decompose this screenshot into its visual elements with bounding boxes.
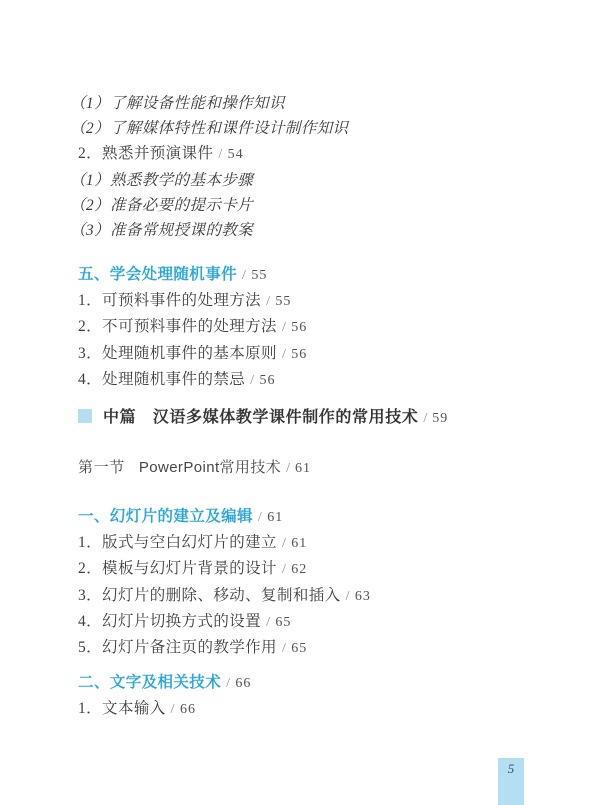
toc-item-label: 4．处理随机事件的禁忌: [78, 371, 245, 388]
toc-item-label: 3．处理随机事件的基本原则: [78, 345, 277, 362]
toc-item-page: 56: [291, 320, 307, 335]
toc-item-label: 1．可预料事件的处理方法: [78, 292, 261, 309]
toc-item: 3．幻灯片的删除、移动、复制和插入/63: [78, 583, 371, 609]
page-separator: /: [226, 676, 230, 691]
toc-heading: 一、幻灯片的建立及编辑/61: [78, 504, 371, 530]
part-heading: 中篇 汉语多媒体教学课件制作的常用技术/59: [78, 405, 448, 432]
toc-item-page: 63: [355, 589, 371, 604]
toc-heading-label: 二、文字及相关技术: [78, 674, 221, 691]
toc-subitem: （2）了解媒体特性和课件设计制作知识: [70, 116, 348, 141]
toc-item-page: 62: [291, 562, 307, 577]
toc-item-label: 3．幻灯片的删除、移动、复制和插入: [78, 587, 341, 604]
toc-section-prelude: （1）了解设备性能和操作知识 （2）了解媒体特性和课件设计制作知识 2．熟悉并预…: [78, 91, 348, 243]
toc-item: 4．幻灯片切换方式的设置/65: [78, 609, 371, 635]
toc-heading-label: 五、学会处理随机事件: [78, 266, 237, 283]
toc-subitem: （3）准备常规授课的教案: [70, 218, 348, 243]
toc-subitem-label: （1）熟悉教学的基本步骤: [70, 172, 253, 189]
toc-item-page: 54: [228, 147, 244, 162]
toc-section-1: 一、幻灯片的建立及编辑/61 1．版式与空白幻灯片的建立/61 2．模板与幻灯片…: [78, 504, 371, 661]
page-separator: /: [282, 347, 286, 362]
toc-item-page: 56: [291, 347, 307, 362]
toc-item: 3．处理随机事件的基本原则/56: [78, 341, 307, 367]
toc-item: 1．版式与空白幻灯片的建立/61: [78, 530, 371, 556]
toc-subitem: （2）准备必要的提示卡片: [70, 193, 348, 218]
toc-item: 2．模板与幻灯片背景的设计/62: [78, 556, 371, 582]
toc-item: 2．熟悉并预演课件/54: [78, 141, 348, 167]
page-separator: /: [266, 294, 270, 309]
toc-section-2: 二、文字及相关技术/66 1．文本输入/66: [78, 670, 251, 722]
square-bullet-icon: [78, 409, 92, 423]
toc-heading-label: 一、幻灯片的建立及编辑: [78, 508, 253, 525]
toc-subitem-label: （2）准备必要的提示卡片: [70, 197, 253, 214]
page-separator: /: [218, 147, 222, 162]
toc-heading-page: 66: [235, 676, 251, 691]
toc-item: 2．不可预料事件的处理方法/56: [78, 314, 307, 340]
page-separator: /: [282, 562, 286, 577]
toc-item-page: 65: [275, 615, 291, 630]
toc-subitem-label: （3）准备常规授课的教案: [70, 222, 253, 239]
page-separator: /: [171, 702, 175, 717]
page-separator: /: [286, 461, 290, 476]
toc-item-label: 5．幻灯片备注页的教学作用: [78, 639, 277, 656]
toc-item-label: 2．熟悉并预演课件: [78, 145, 213, 162]
toc-subitem: （1）熟悉教学的基本步骤: [70, 168, 348, 193]
toc-section-5: 五、学会处理随机事件/55 1．可预料事件的处理方法/55 2．不可预料事件的处…: [78, 262, 307, 393]
page-number-tab: 5: [498, 758, 524, 805]
chapter-title: PowerPoint常用技术: [139, 459, 281, 476]
part-heading-label: 中篇 汉语多媒体教学课件制作的常用技术: [103, 409, 418, 426]
toc-subitem: （1）了解设备性能和操作知识: [70, 91, 348, 116]
toc-item-label: 1．版式与空白幻灯片的建立: [78, 534, 277, 551]
toc-subitem-label: （2）了解媒体特性和课件设计制作知识: [70, 120, 348, 137]
chapter-number: 第一节: [78, 459, 125, 476]
page-separator: /: [282, 641, 286, 656]
toc-item-page: 55: [275, 294, 291, 309]
page-separator: /: [346, 589, 350, 604]
chapter-heading: 第一节PowerPoint常用技术/61: [78, 455, 311, 482]
toc-item-label: 1．文本输入: [78, 700, 166, 717]
book-toc-page: （1）了解设备性能和操作知识 （2）了解媒体特性和课件设计制作知识 2．熟悉并预…: [0, 0, 600, 805]
toc-item-label: 2．不可预料事件的处理方法: [78, 318, 277, 335]
toc-item: 4．处理随机事件的禁忌/56: [78, 367, 307, 393]
page-separator: /: [282, 536, 286, 551]
page-separator: /: [266, 615, 270, 630]
toc-subitem-label: （1）了解设备性能和操作知识: [70, 95, 285, 112]
chapter-page: 61: [295, 461, 311, 476]
page-number: 5: [508, 761, 515, 777]
toc-item-page: 66: [180, 702, 196, 717]
toc-heading: 五、学会处理随机事件/55: [78, 262, 307, 288]
toc-item-page: 61: [291, 536, 307, 551]
page-separator: /: [242, 268, 246, 283]
page-separator: /: [423, 411, 427, 426]
toc-heading-page: 55: [251, 268, 267, 283]
page-separator: /: [250, 373, 254, 388]
toc-item-page: 65: [291, 641, 307, 656]
part-heading-page: 59: [432, 411, 448, 426]
toc-heading: 二、文字及相关技术/66: [78, 670, 251, 696]
toc-item-label: 4．幻灯片切换方式的设置: [78, 613, 261, 630]
toc-heading-page: 61: [267, 510, 283, 525]
toc-item: 1．可预料事件的处理方法/55: [78, 288, 307, 314]
page-separator: /: [282, 320, 286, 335]
page-separator: /: [258, 510, 262, 525]
toc-item-label: 2．模板与幻灯片背景的设计: [78, 560, 277, 577]
toc-item-page: 56: [259, 373, 275, 388]
toc-item: 1．文本输入/66: [78, 696, 251, 722]
toc-item: 5．幻灯片备注页的教学作用/65: [78, 635, 371, 661]
